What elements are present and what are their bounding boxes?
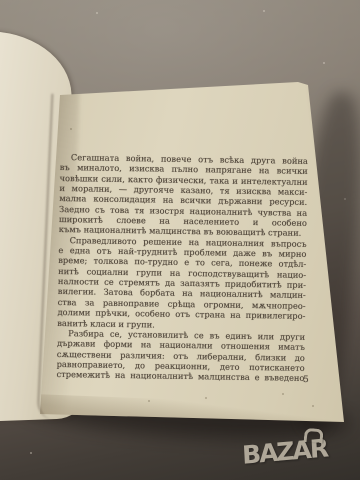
- page-text: Сегашната война, повече отъ всѣка друга …: [56, 152, 308, 383]
- page-speck: [148, 400, 150, 402]
- page-speck: [282, 393, 284, 395]
- page-speck: [70, 128, 72, 130]
- surface-speck: [96, 12, 98, 14]
- page-speck: [312, 405, 314, 407]
- surface-speck: [263, 10, 265, 12]
- surface-speck: [323, 62, 325, 64]
- shopping-bag-handle-icon: [303, 428, 323, 443]
- page-speck: [205, 397, 207, 399]
- page-number: 5: [303, 375, 309, 385]
- watermark-logo: BAZAR: [241, 427, 355, 477]
- photo-of-book-page: Сегашната война, повече отъ всѣка друга …: [0, 0, 360, 480]
- surface-speck: [30, 452, 32, 454]
